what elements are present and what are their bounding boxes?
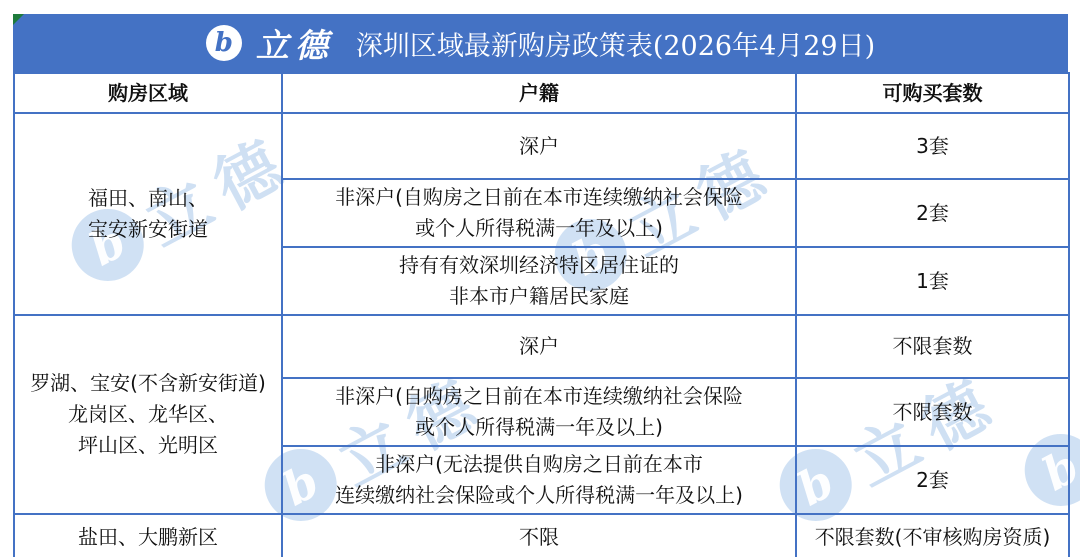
brand-logo-icon: b bbox=[206, 25, 242, 61]
policy-sheet: b 立德 深圳区域最新购房政策表(2026年4月29日) 购房区域 户籍 可购买… bbox=[13, 14, 1068, 557]
title-bar: b 立德 深圳区域最新购房政策表(2026年4月29日) bbox=[13, 14, 1068, 72]
corner-marker-icon bbox=[13, 14, 24, 25]
hukou-cell: 持有有效深圳经济特区居住证的 非本市户籍居民家庭 bbox=[282, 247, 796, 315]
region-cell: 盐田、大鹏新区 bbox=[14, 514, 282, 557]
quota-cell: 不限套数(不审核购房资质) bbox=[796, 514, 1069, 557]
page-title: 深圳区域最新购房政策表(2026年4月29日) bbox=[356, 24, 875, 63]
hukou-cell: 非深户(无法提供自购房之日前在本市 连续缴纳社会保险或个人所得税满一年及以上) bbox=[282, 446, 796, 514]
region-cell: 福田、南山、 宝安新安街道 bbox=[14, 113, 282, 315]
column-header-region: 购房区域 bbox=[14, 73, 282, 113]
hukou-cell: 非深户(自购房之日前在本市连续缴纳社会保险 或个人所得税满一年及以上) bbox=[282, 179, 796, 247]
hukou-cell: 深户 bbox=[282, 113, 796, 179]
quota-cell: 1套 bbox=[796, 247, 1069, 315]
quota-cell: 2套 bbox=[796, 179, 1069, 247]
table-row: 福田、南山、 宝安新安街道 深户 3套 bbox=[14, 113, 1069, 179]
quota-cell: 不限套数 bbox=[796, 378, 1069, 446]
hukou-cell: 深户 bbox=[282, 315, 796, 378]
page: b 立德 b 立德 b 立德 b 立德 b 立德 b 立德 深圳区域最新购房政策… bbox=[0, 0, 1080, 557]
policy-table: 购房区域 户籍 可购买套数 福田、南山、 宝安新安街道 深户 3套 非深户(自购… bbox=[13, 72, 1070, 557]
quota-cell: 2套 bbox=[796, 446, 1069, 514]
region-cell: 罗湖、宝安(不含新安街道) 龙岗区、龙华区、 坪山区、光明区 bbox=[14, 315, 282, 514]
quota-cell: 3套 bbox=[796, 113, 1069, 179]
hukou-cell: 非深户(自购房之日前在本市连续缴纳社会保险 或个人所得税满一年及以上) bbox=[282, 378, 796, 446]
hukou-cell: 不限 bbox=[282, 514, 796, 557]
brand-name: 立德 bbox=[256, 20, 334, 67]
table-row: 罗湖、宝安(不含新安街道) 龙岗区、龙华区、 坪山区、光明区 深户 不限套数 bbox=[14, 315, 1069, 378]
quota-cell: 不限套数 bbox=[796, 315, 1069, 378]
table-header-row: 购房区域 户籍 可购买套数 bbox=[14, 73, 1069, 113]
column-header-quota: 可购买套数 bbox=[796, 73, 1069, 113]
table-row: 盐田、大鹏新区 不限 不限套数(不审核购房资质) bbox=[14, 514, 1069, 557]
column-header-hukou: 户籍 bbox=[282, 73, 796, 113]
